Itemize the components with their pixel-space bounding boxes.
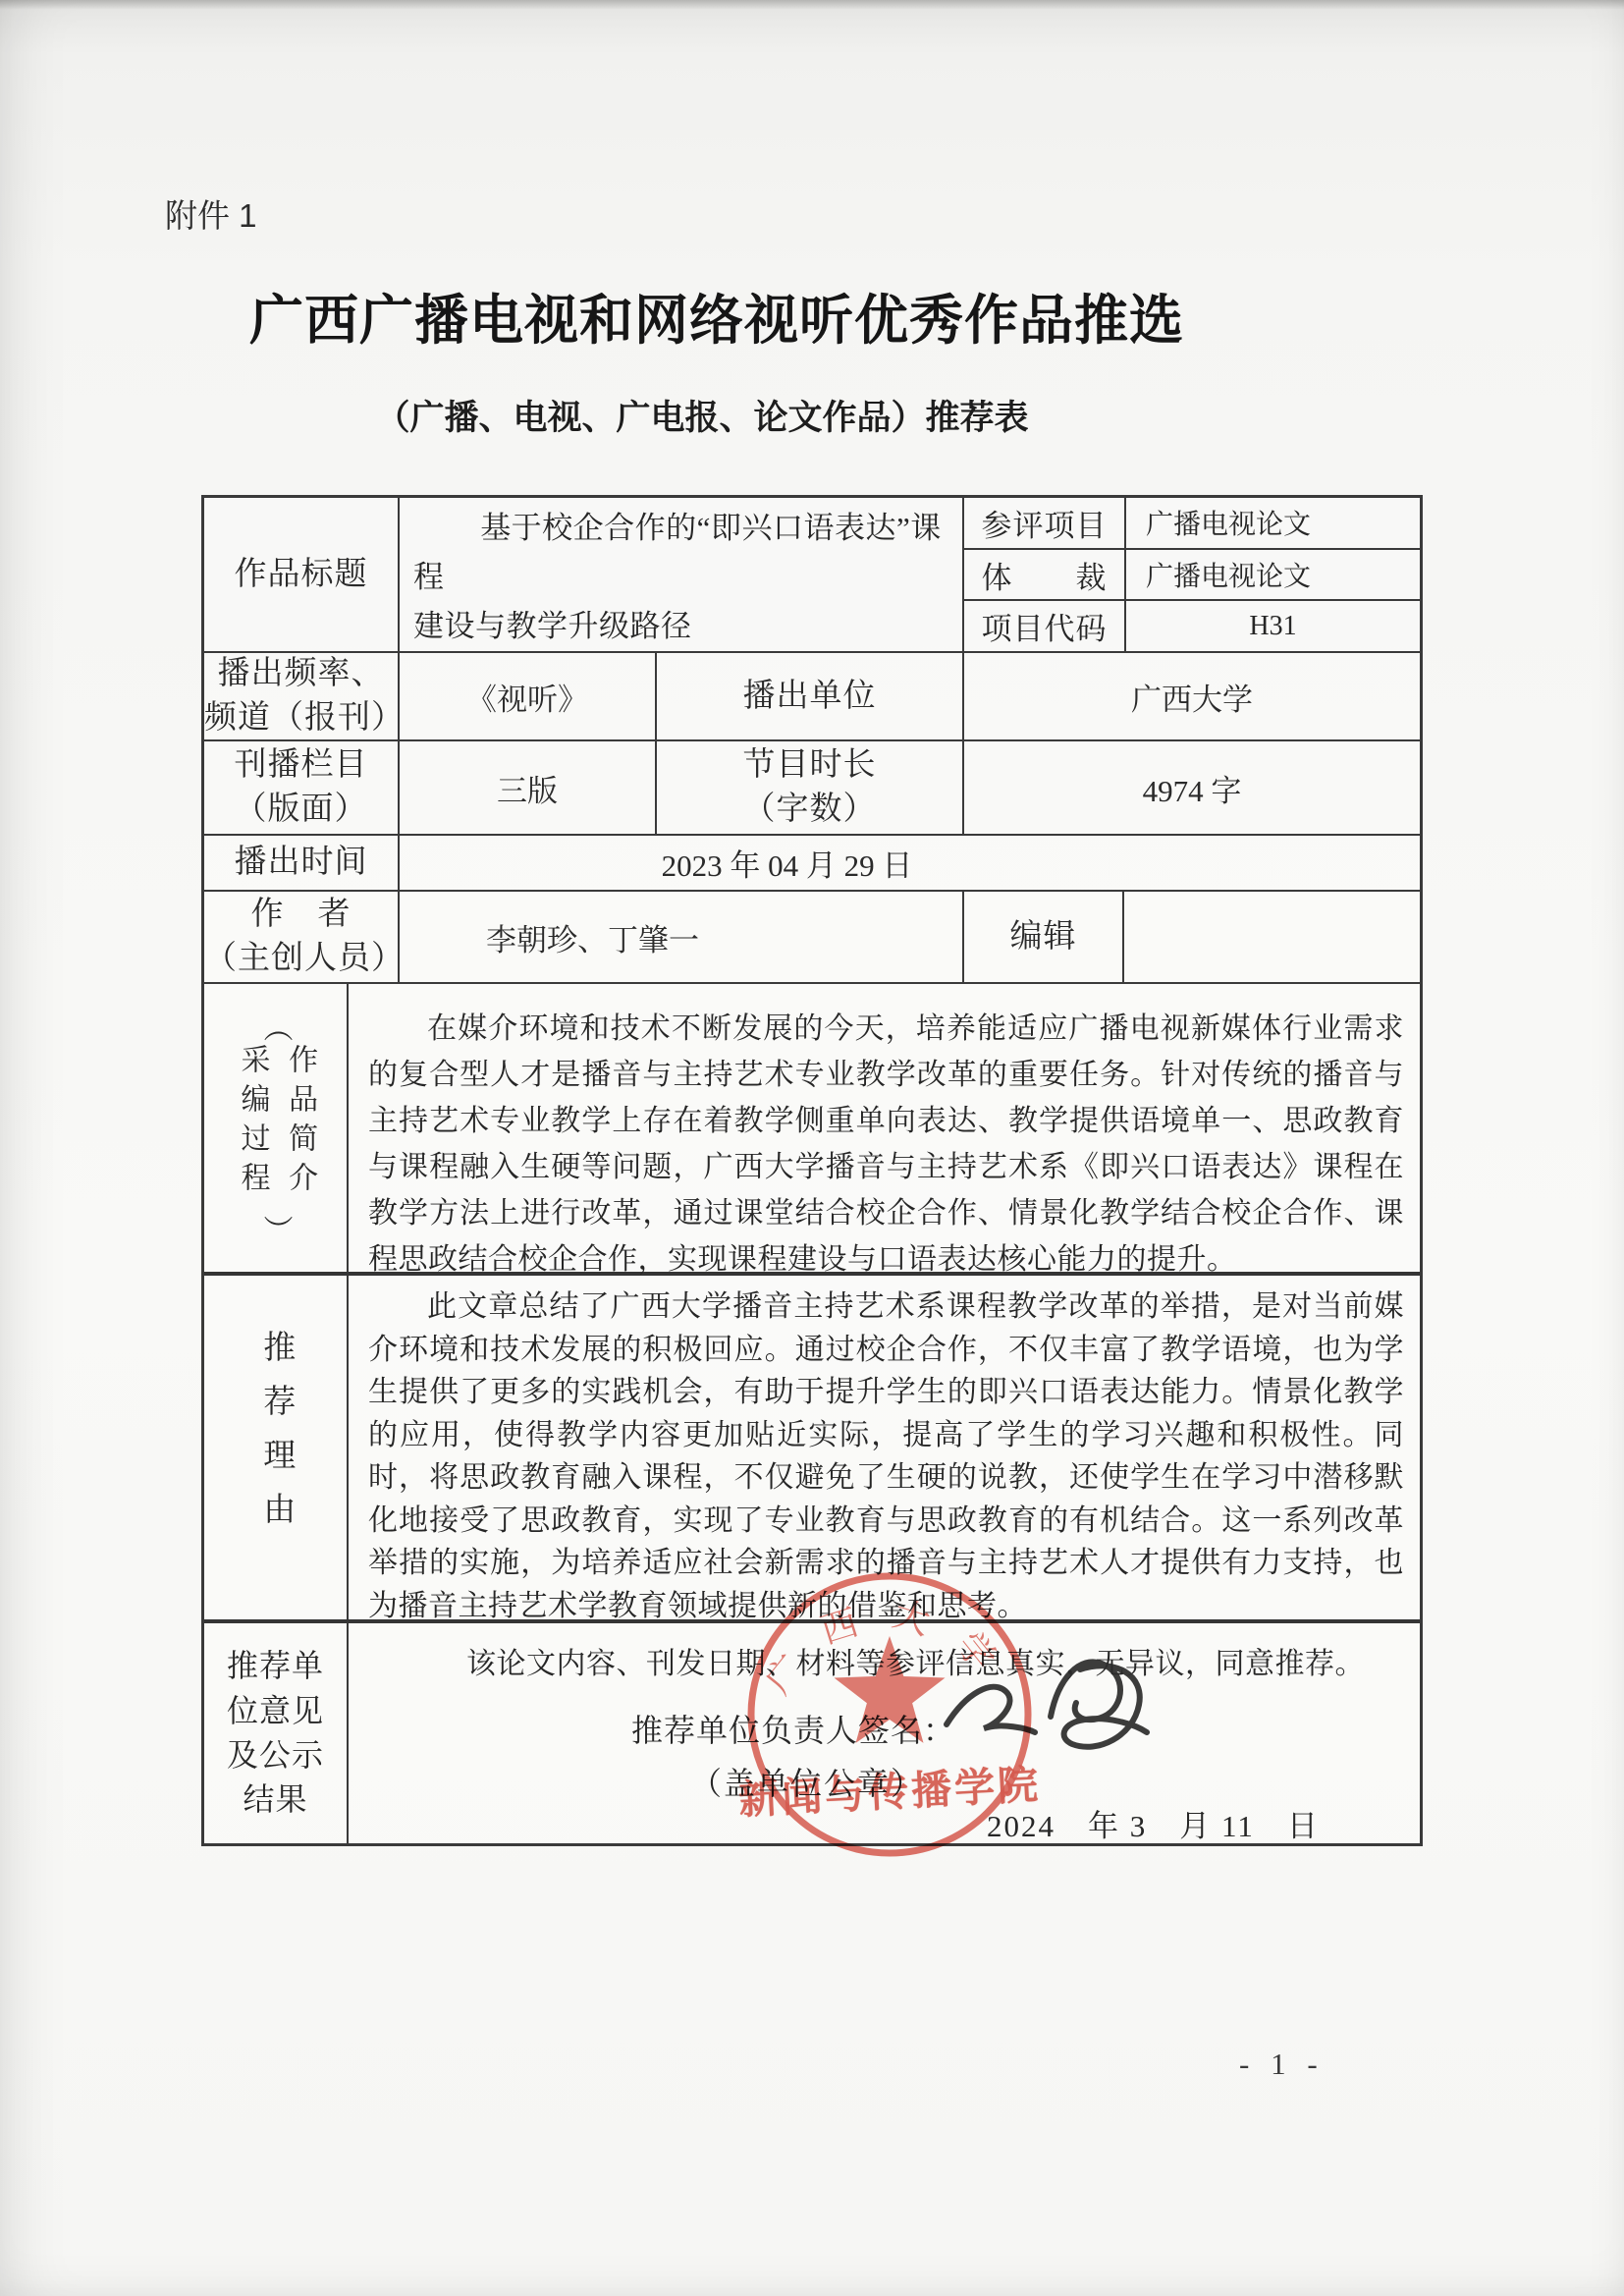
editor-value <box>1122 892 1420 982</box>
work-title-line2: 建设与教学升级路径 <box>413 602 692 651</box>
opinion-label-line3: 及公示 <box>227 1733 324 1777</box>
attachment-label: 附件 1 <box>165 191 257 237</box>
work-intro-content: 在媒介环境和技术不断发展的今天，培养能适应广播电视新媒体行业需求的复合型人才是播… <box>347 984 1420 1272</box>
seal-star <box>835 1636 946 1743</box>
work-title-value: 基于校企合作的“即兴口语表达”课程 建设与教学升级路径 <box>398 498 962 651</box>
reason-label: 推荐理由 <box>204 1276 347 1619</box>
reason-vertical-label: 推荐理由 <box>249 1330 301 1565</box>
broadcast-unit-label: 播出单位 <box>655 653 962 739</box>
opinion-label-line1: 推荐单 <box>227 1644 324 1688</box>
page-number: - 1 - <box>1239 2047 1325 2082</box>
genre-value: 广播电视论文 <box>1124 550 1420 600</box>
broadcast-channel-label-line2: 频道（报刊） <box>204 696 398 740</box>
project-code-value: H31 <box>1124 601 1420 651</box>
broadcast-channel-value: 《视听》 <box>398 653 655 739</box>
broadcast-time-label: 播出时间 <box>204 836 398 890</box>
paren-open: （ <box>261 1012 291 1042</box>
author-value: 李朝珍、丁肇一 <box>398 892 962 982</box>
duration-label: 节目时长 （字数） <box>655 741 962 834</box>
column-section-label-line2: （版面） <box>235 788 368 832</box>
column-section-value: 三版 <box>398 741 655 834</box>
entry-item-row: 项目代码 H31 <box>964 599 1420 651</box>
page-title: 广西广播电视和网络视听优秀作品推选 <box>0 277 1434 355</box>
editor-label: 编辑 <box>962 892 1122 982</box>
entry-item-row: 体 裁 广播电视论文 <box>964 548 1420 600</box>
author-label: 作 者 （主创人员） <box>204 892 398 982</box>
work-title-label: 作品标题 <box>204 498 398 651</box>
broadcast-time-value: 2023 年 04 月 29 日 <box>398 836 1420 890</box>
entry-items-stack: 参评项目 广播电视论文 体 裁 广播电视论文 项目代码 H31 <box>962 498 1420 651</box>
entry-project-label: 参评项目 <box>964 498 1124 548</box>
row-column-duration: 刊播栏目 （版面） 三版 节目时长 （字数） 4974 字 <box>204 739 1420 834</box>
work-title-line1: 基于校企合作的“即兴口语表达”课程 <box>413 504 945 602</box>
broadcast-channel-label: 播出频率、 频道（报刊） <box>204 653 398 739</box>
row-broadcast-time: 播出时间 2023 年 04 月 29 日 <box>204 834 1420 890</box>
broadcast-unit-value: 广西大学 <box>962 653 1420 739</box>
duration-label-line2: （字数） <box>743 788 877 832</box>
author-label-line2: （主创人员） <box>204 937 398 981</box>
project-code-label: 项目代码 <box>964 601 1124 651</box>
row-author-editor: 作 者 （主创人员） 李朝珍、丁肇一 编辑 <box>204 890 1420 982</box>
opinion-label-line2: 位意见 <box>227 1689 324 1733</box>
row-work-title: 作品标题 基于校企合作的“即兴口语表达”课程 建设与教学升级路径 参评项目 广播… <box>204 498 1420 651</box>
genre-label: 体 裁 <box>964 550 1124 600</box>
work-intro-label: （ 作品简介采编过程 ） <box>204 984 347 1272</box>
author-label-line1: 作 者 <box>251 893 352 937</box>
work-intro-paragraph: 在媒介环境和技术不断发展的今天，培养能适应广播电视新媒体行业需求的复合型人才是播… <box>349 984 1420 1283</box>
opinion-label: 推荐单 位意见 及公示 结果 <box>204 1623 347 1843</box>
page-subtitle: （广播、电视、广电报、论文作品）推荐表 <box>0 391 1404 440</box>
paren-close: ） <box>261 1215 291 1244</box>
duration-value: 4974 字 <box>962 741 1420 834</box>
entry-item-row: 参评项目 广播电视论文 <box>964 498 1420 548</box>
scanned-form-page: 附件 1 广西广播电视和网络视听优秀作品推选 （广播、电视、广电报、论文作品）推… <box>0 0 1624 2296</box>
row-broadcast-channel: 播出频率、 频道（报刊） 《视听》 播出单位 广西大学 <box>204 651 1420 739</box>
section-work-intro: （ 作品简介采编过程 ） 在媒介环境和技术不断发展的今天，培养能适应广播电视新媒… <box>204 982 1420 1272</box>
official-seal: 广西大学 新闻与传播学院 <box>739 1567 1040 1868</box>
duration-label-line1: 节目时长 <box>743 743 877 788</box>
entry-project-value: 广播电视论文 <box>1124 498 1420 548</box>
broadcast-channel-label-line1: 播出频率、 <box>218 652 385 696</box>
column-section-label-line1: 刊播栏目 <box>235 743 368 788</box>
work-intro-vertical-label: 作品简介采编过程 <box>228 1044 323 1213</box>
opinion-label-line4: 结果 <box>243 1777 307 1822</box>
column-section-label: 刊播栏目 （版面） <box>204 741 398 834</box>
